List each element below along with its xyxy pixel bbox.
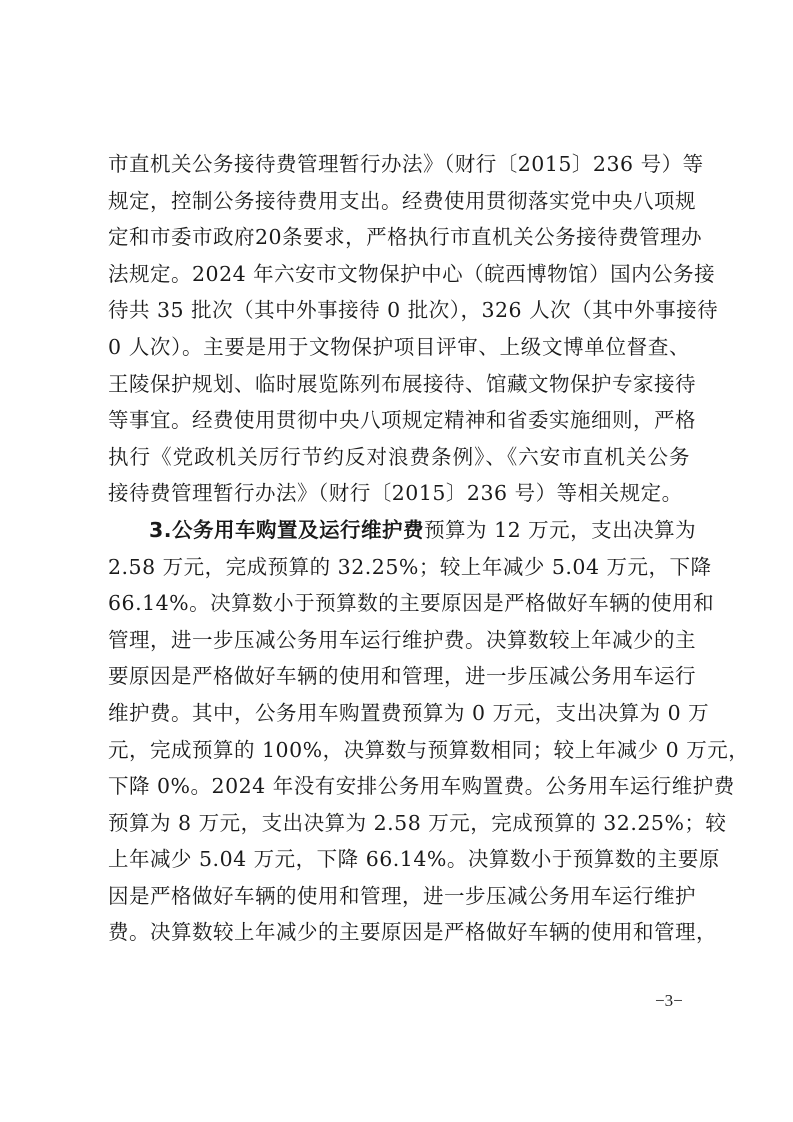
section-heading: 3.公务用车购置及运行维护费: [149, 518, 424, 542]
text-line: 管理，进一步压减公务用车运行维护费。决算数较上年减少的主: [108, 622, 690, 659]
paragraph-vehicle-expenses: 3.公务用车购置及运行维护费预算为 12 万元，支出决算为 2.58 万元，完成…: [108, 512, 690, 951]
text-line: 王陵保护规划、临时展览陈列布展接待、馆藏文物保护专家接待: [108, 366, 690, 403]
paragraph-reception-expenses: 市直机关公务接待费管理暂行办法》（财行〔2015〕236 号）等 规定，控制公务…: [108, 146, 690, 512]
text-line: 上年减少 5.04 万元，下降 66.14%。决算数小于预算数的主要原: [108, 841, 690, 878]
text-line: 规定，控制公务接待费用支出。经费使用贯彻落实党中央八项规: [108, 183, 690, 220]
text-line: 法规定。2024 年六安市文物保护中心（皖西博物馆）国内公务接: [108, 256, 690, 293]
text-line: 待共 35 批次（其中外事接待 0 批次），326 人次（其中外事接待: [108, 292, 690, 329]
text-line: 预算为 8 万元，支出决算为 2.58 万元，完成预算的 32.25%；较: [108, 805, 690, 842]
text-line: 元，完成预算的 100%，决算数与预算数相同；较上年减少 0 万元，: [108, 732, 690, 769]
text-line: 执行《党政机关厉行节约反对浪费条例》、《六安市直机关公务: [108, 439, 690, 476]
text-line: 下降 0%。2024 年没有安排公务用车购置费。公务用车运行维护费: [108, 768, 690, 805]
text-line: 因是严格做好车辆的使用和管理，进一步压减公务用车运行维护: [108, 878, 690, 915]
page-number: −3−: [655, 991, 683, 1011]
text-line: 要原因是严格做好车辆的使用和管理，进一步压减公务用车运行: [108, 658, 690, 695]
body-text: 市直机关公务接待费管理暂行办法》（财行〔2015〕236 号）等 规定，控制公务…: [108, 146, 690, 951]
document-page: 市直机关公务接待费管理暂行办法》（财行〔2015〕236 号）等 规定，控制公务…: [0, 0, 793, 1122]
section-heading-line: 3.公务用车购置及运行维护费预算为 12 万元，支出决算为: [108, 512, 690, 549]
text-line: 市直机关公务接待费管理暂行办法》（财行〔2015〕236 号）等: [108, 146, 690, 183]
text-line: 66.14%。决算数小于预算数的主要原因是严格做好车辆的使用和: [108, 585, 690, 622]
text-line: 0 人次）。主要是用于文物保护项目评审、上级文博单位督查、: [108, 329, 690, 366]
text-line: 2.58 万元，完成预算的 32.25%；较上年减少 5.04 万元，下降: [108, 549, 690, 586]
text-line: 定和市委市政府20条要求，严格执行市直机关公务接待费管理办: [108, 219, 690, 256]
text-line: 维护费。其中，公务用车购置费预算为 0 万元，支出决算为 0 万: [108, 695, 690, 732]
text-line: 等事宜。经费使用贯彻中央八项规定精神和省委实施细则，严格: [108, 402, 690, 439]
text-line: 费。决算数较上年减少的主要原因是严格做好车辆的使用和管理，: [108, 914, 690, 951]
section-heading-rest: 预算为 12 万元，支出决算为: [424, 518, 696, 542]
text-line: 接待费管理暂行办法》（财行〔2015〕236 号）等相关规定。: [108, 475, 690, 512]
